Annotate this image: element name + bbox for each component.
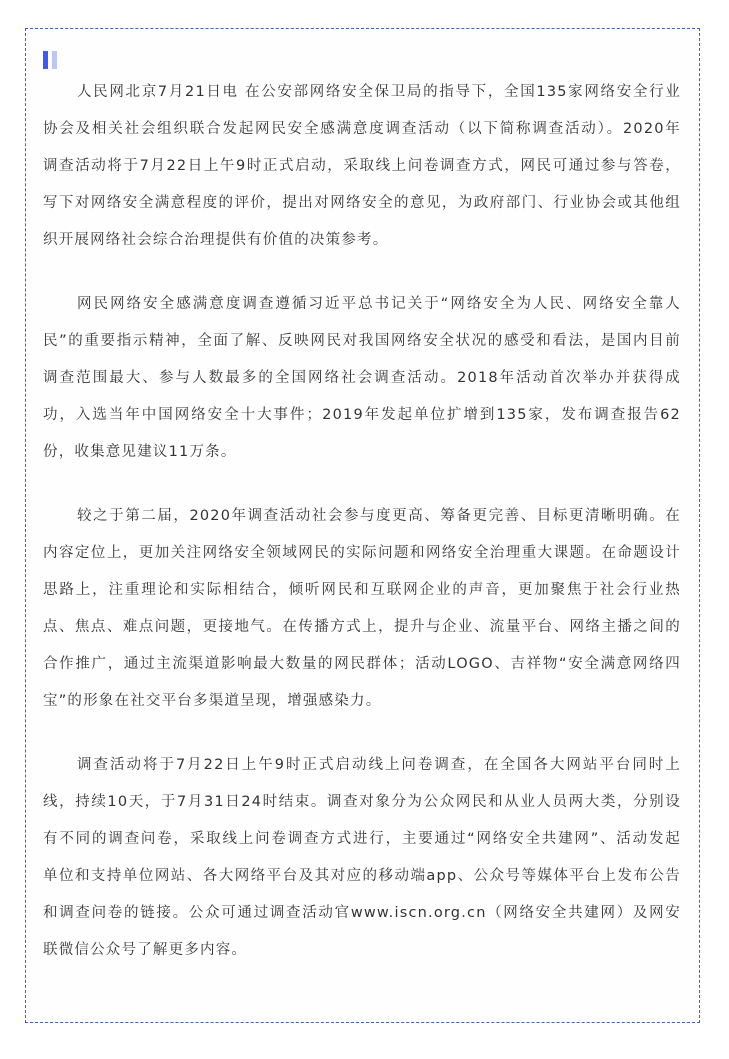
text-line: 联微信公众号了解更多内容。 [43,937,681,974]
text-line: 份，收集意见建议11万条。 [43,439,681,476]
text-line: 合作推广，通过主流渠道影响最大数量的网民群体；活动LOGO、吉祥物“安全满意网络… [43,651,681,688]
paragraph-3: 较之于第二届，2020年调查活动社会参与度更高、筹备更完善、目标更清晰明确。在 … [43,503,681,725]
paragraph-2: 网民网络安全感满意度调查遵循习近平总书记关于“网络安全为人民、网络安全靠人 民”… [43,291,681,476]
text-line: 功，入选当年中国网络安全十大事件；2019年发起单位扩增到135家，发布调查报告… [43,402,681,439]
text-line: 写下对网络安全满意程度的评价，提出对网络安全的意见，为政府部门、行业协会或其他组 [43,190,681,227]
text-line: 内容定位上，更加关注网络安全领域网民的实际问题和网络安全治理重大课题。在命题设计 [43,540,681,577]
section-marker-icon [43,51,59,69]
text-line: 和调查问卷的链接。公众可通过调查活动官www.iscn.org.cn（网络安全共… [43,900,681,937]
text-line: 单位和支持单位网站、各大网络平台及其对应的移动端app、公众号等媒体平台上发布公… [43,863,681,900]
article-frame: 人民网北京7月21日电 在公安部网络安全保卫局的指导下，全国135家网络安全行业… [25,28,700,1023]
text-line: 宝”的形象在社交平台多渠道呈现，增强感染力。 [43,688,681,725]
text-line: 调查活动将于7月22日上午9时正式启动线上问卷调查，在全国各大网站平台同时上 [43,752,681,789]
text-line: 较之于第二届，2020年调查活动社会参与度更高、筹备更完善、目标更清晰明确。在 [43,503,681,540]
text-line: 有不同的调查问卷，采取线上问卷调查方式进行，主要通过“网络安全共建网”、活动发起 [43,826,681,863]
paragraph-1: 人民网北京7月21日电 在公安部网络安全保卫局的指导下，全国135家网络安全行业… [43,79,681,264]
text-line: 调查活动将于7月22日上午9时正式启动，采取线上问卷调查方式，网民可通过参与答卷… [43,153,681,190]
accent-bar-light [52,51,57,69]
text-line: 民”的重要指示精神，全面了解、反映网民对我国网络安全状况的感受和看法，是国内目前 [43,328,681,365]
text-line: 线，持续10天，于7月31日24时结束。调查对象分为公众网民和从业人员两大类，分… [43,789,681,826]
article-body: 人民网北京7月21日电 在公安部网络安全保卫局的指导下，全国135家网络安全行业… [43,79,681,1001]
text-line: 点、焦点、难点问题，更接地气。在传播方式上，提升与企业、流量平台、网络主播之间的 [43,614,681,651]
text-line: 人民网北京7月21日电 在公安部网络安全保卫局的指导下，全国135家网络安全行业 [43,79,681,116]
text-line: 思路上，注重理论和实际相结合，倾听网民和互联网企业的声音，更加聚焦于社会行业热 [43,577,681,614]
accent-bar-dark [43,51,48,69]
text-line: 调查范围最大、参与人数最多的全国网络社会调查活动。2018年活动首次举办并获得成 [43,365,681,402]
text-line: 协会及相关社会组织联合发起网民安全感满意度调查活动（以下简称调查活动）。2020… [43,116,681,153]
paragraph-4: 调查活动将于7月22日上午9时正式启动线上问卷调查，在全国各大网站平台同时上 线… [43,752,681,974]
text-line: 网民网络安全感满意度调查遵循习近平总书记关于“网络安全为人民、网络安全靠人 [43,291,681,328]
text-line: 织开展网络社会综合治理提供有价值的决策参考。 [43,227,681,264]
